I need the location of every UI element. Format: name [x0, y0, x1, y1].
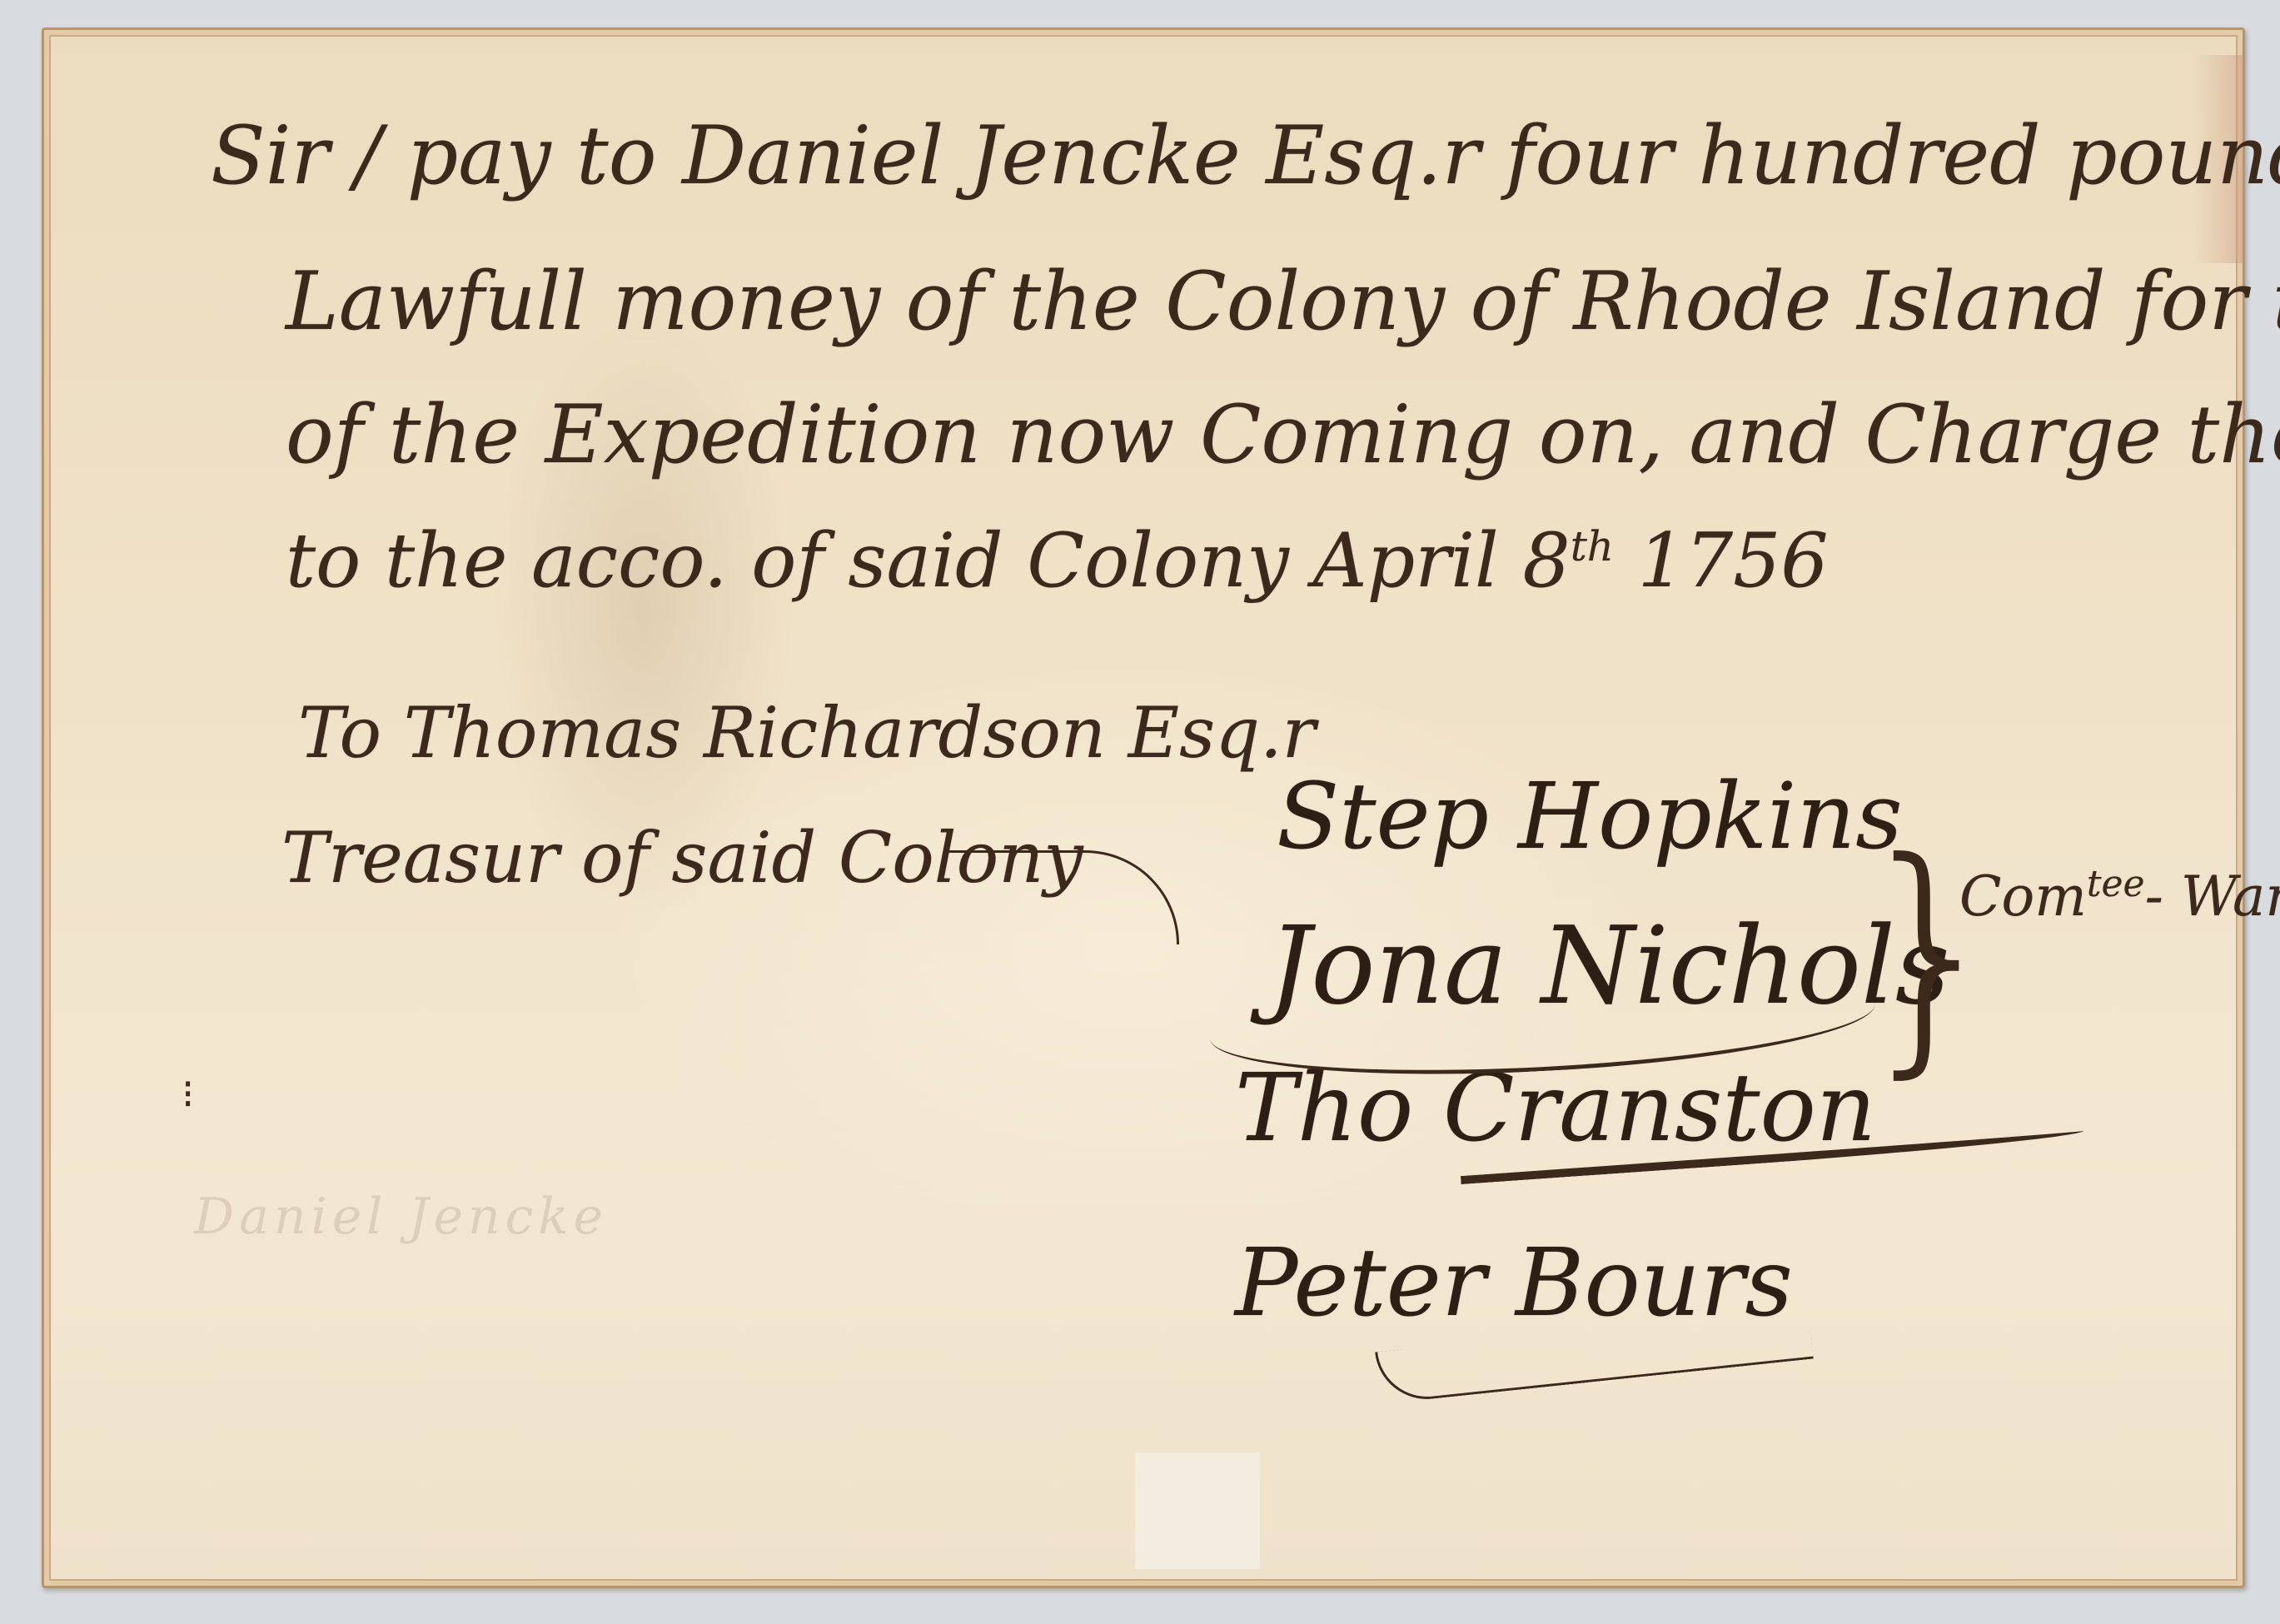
signature-1: Step Hopkins	[1277, 763, 1903, 869]
address-flourish	[943, 850, 1179, 944]
committee-superscript: tee	[2087, 863, 2145, 905]
body-line-1: Sir / pay to Daniel Jencke Esq.r four hu…	[211, 109, 2280, 202]
body-line-2: Lawfull money of the Colony of Rhode Isl…	[286, 255, 2280, 348]
document-sheet: Daniel Jencke Sir / pay to Daniel Jencke…	[42, 27, 2245, 1588]
addressee-line: To Thomas Richardson Esq.r	[298, 692, 1316, 774]
committee-suffix: - War	[2145, 864, 2280, 929]
date-year: 1756	[1638, 517, 1829, 605]
committee-note: Comtee- War	[1959, 863, 2280, 929]
committee-prefix: Com	[1959, 864, 2087, 929]
body-line-4-text: to the acco. of said Colony April 8	[286, 517, 1571, 605]
body-line-4: to the acco. of said Colony April 8th 17…	[286, 517, 1829, 605]
date-day-suffix: th	[1571, 522, 1614, 570]
ink-marks: ⁝	[182, 1071, 194, 1118]
bleed-through-text: Daniel Jencke	[194, 1188, 608, 1246]
mounting-tab	[1135, 1452, 1260, 1569]
body-line-3: of the Expedition now Coming on, and Cha…	[286, 388, 2280, 481]
